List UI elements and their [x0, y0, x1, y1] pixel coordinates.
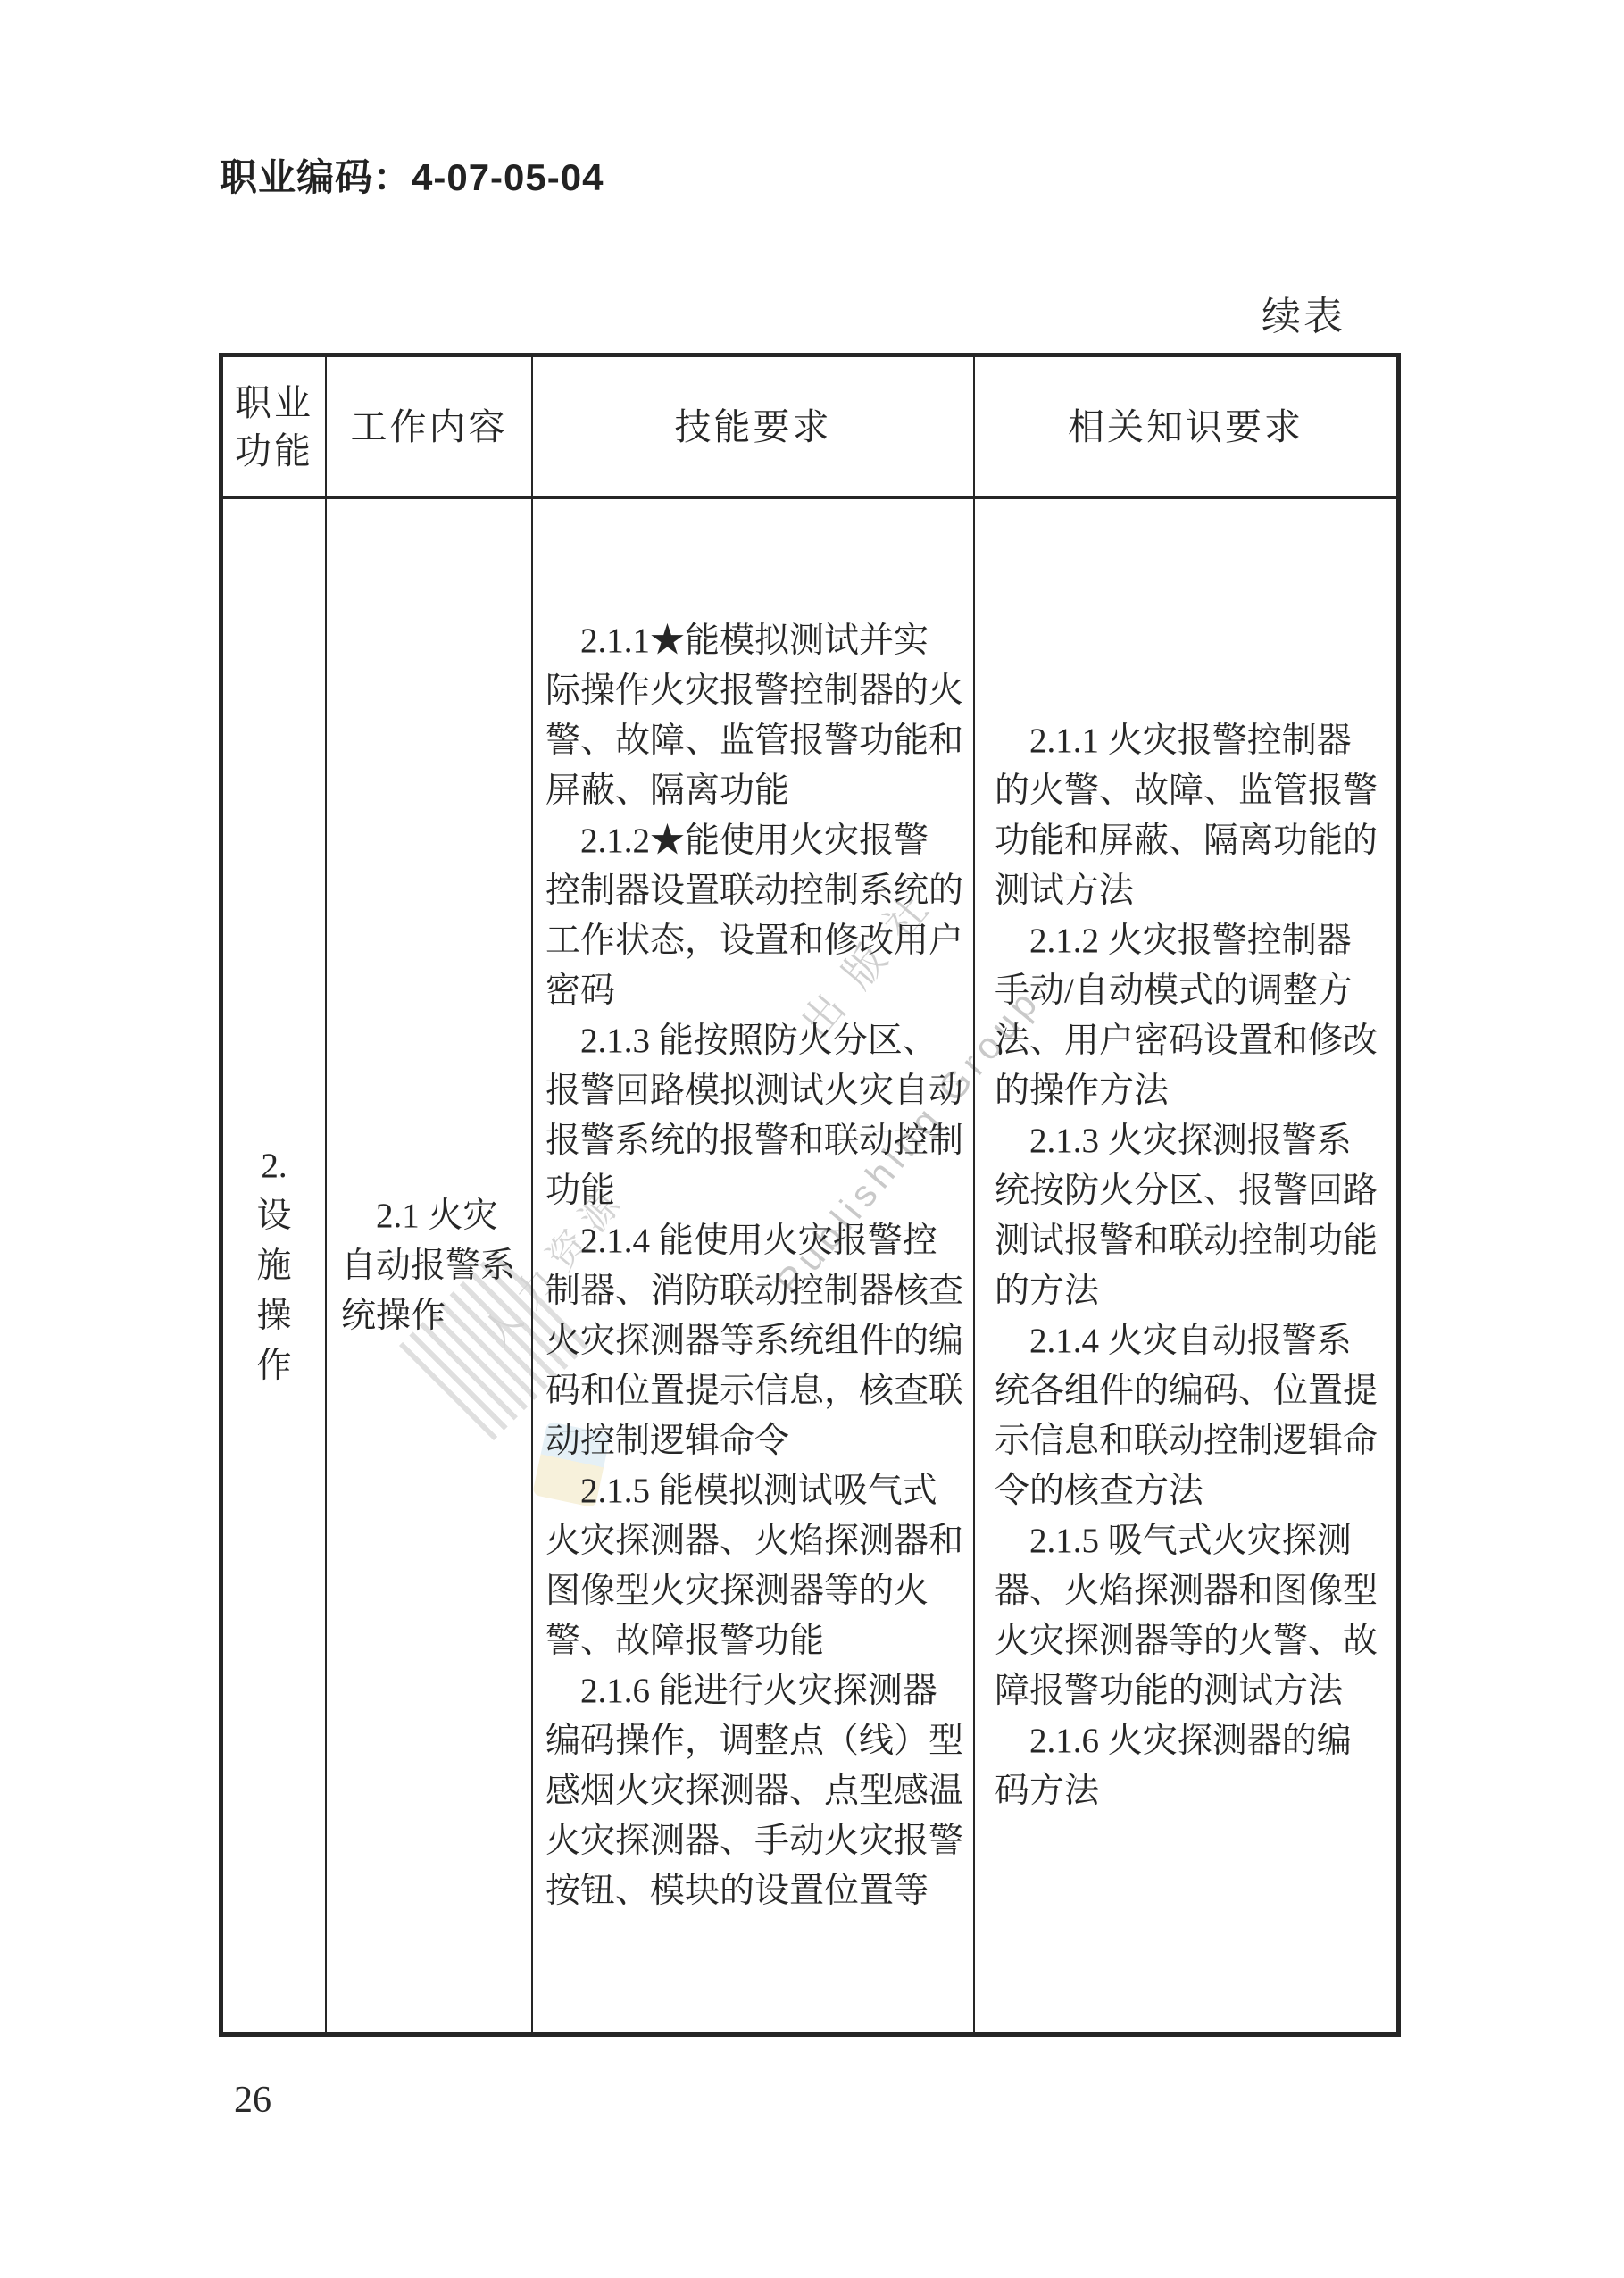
cell-work-content: 2.1 火灾 自动报警系 统操作 — [326, 498, 532, 2035]
occupation-code-heading: 职业编码：4-07-05-04 — [220, 148, 604, 202]
cell-knowledge-requirements: 2.1.1 火灾报警控制器 的火警、故障、监管报警 功能和屏蔽、隔离功能的 测试… — [974, 498, 1399, 2035]
continued-table-label: 续表 — [1262, 284, 1345, 341]
page-number: 26 — [234, 2079, 271, 2122]
header-knowledge-requirements: 相关知识要求 — [974, 355, 1399, 498]
cell-skill-requirements: 2.1.1★能模拟测试并实 际操作火灾报警控制器的火 警、故障、监管报警功能和 … — [532, 498, 974, 2035]
header-occupational-function: 职业 功能 — [221, 355, 327, 498]
scanned-document-page: 人力资源 出版社 Publishing Group 职业编码：4-07-05-0… — [0, 0, 1624, 2278]
header-work-content: 工作内容 — [326, 355, 532, 498]
table-header-row: 职业 功能 工作内容 技能要求 相关知识要求 — [221, 355, 1399, 498]
cell-occupational-function: 2. 设 施 操 作 — [221, 498, 327, 2035]
table-row: 2. 设 施 操 作 2.1 火灾 自动报警系 统操作 2.1.1★能模拟测试并… — [221, 498, 1399, 2035]
occupational-requirements-table: 职业 功能 工作内容 技能要求 相关知识要求 2. 设 施 操 作 2.1 火灾… — [219, 353, 1401, 2037]
header-skill-requirements: 技能要求 — [532, 355, 974, 498]
